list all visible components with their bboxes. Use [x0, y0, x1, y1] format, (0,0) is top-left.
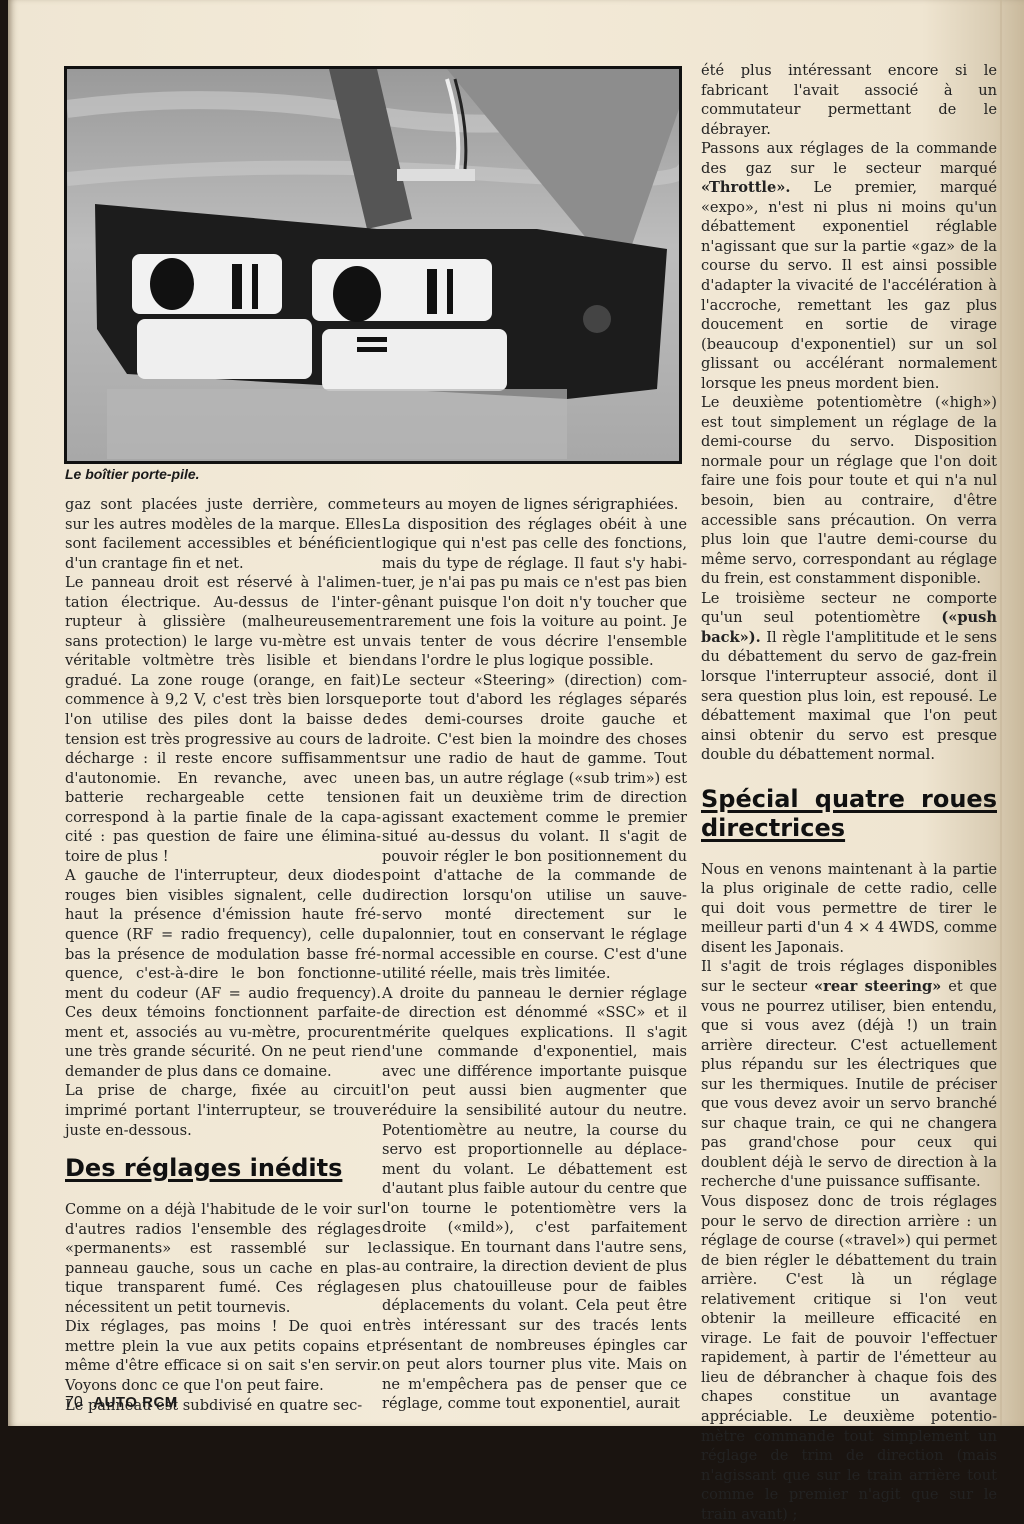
magazine-name: AUTO RCM	[93, 1394, 178, 1411]
paragraph: Le panneau droit est réservé à l'alimen­…	[65, 573, 381, 866]
paragraph: été plus intéressant encore si le fabric…	[701, 61, 997, 139]
page-spine-shadow	[1000, 0, 1002, 1426]
paragraph: A gauche de l'interrupteur, deux diodes …	[65, 866, 381, 1081]
paragraph: Le troisième secteur ne comporte qu'un s…	[701, 589, 997, 765]
paragraph: gaz sont placées juste derrière, comme s…	[65, 495, 381, 573]
battery-box-photo	[64, 66, 682, 464]
paragraph: A droite du panneau le dernier réglage d…	[382, 984, 687, 1414]
page-number: 70	[65, 1394, 83, 1411]
paragraph: Passons aux réglages de la commande des …	[701, 139, 997, 393]
article-column-3: été plus intéressant encore si le fabric…	[701, 61, 997, 1437]
paragraph: La disposition des réglages obéit à une …	[382, 515, 687, 671]
paragraph: Comme on a déjà l'habitude de le voir su…	[65, 1200, 381, 1317]
page-footer: 70 AUTO RCM	[65, 1394, 178, 1412]
battery-compartment-image	[67, 69, 679, 461]
bold-term-throttle: «Throttle».	[701, 179, 790, 196]
article-column-1: gaz sont placées juste derrière, comme s…	[65, 495, 381, 1415]
paragraph: Le deuxième potentiomètre («high») est t…	[701, 393, 997, 588]
article-column-2: teurs au moyen de lignes sérigraphiées. …	[382, 495, 687, 1414]
paragraph: Vous disposez donc de trois réglages pou…	[701, 1192, 997, 1437]
paragraph: La prise de charge, fixée au circuit imp…	[65, 1081, 381, 1140]
paragraph: Il s'agit de trois réglages disponibles …	[701, 957, 997, 1192]
magazine-page: Le boîtier porte-pile. gaz sont placées …	[8, 0, 1024, 1426]
paragraph: Le secteur «Steering» (direction) com­po…	[382, 671, 687, 984]
paragraph: teurs au moyen de lignes sérigraphiées.	[382, 495, 687, 515]
section-heading-quatre-roues-directrices: Spécial quatre roues directrices	[701, 785, 997, 843]
photo-caption: Le boîtier porte-pile.	[65, 466, 200, 482]
paragraph: Dix réglages, pas moins ! De quoi en met…	[65, 1317, 381, 1395]
bold-term-rear-steering: «rear steering»	[814, 978, 941, 995]
paragraph: Nous en venons maintenant à la partie la…	[701, 860, 997, 958]
section-heading-reglages-inedits: Des réglages inédits	[65, 1154, 381, 1183]
